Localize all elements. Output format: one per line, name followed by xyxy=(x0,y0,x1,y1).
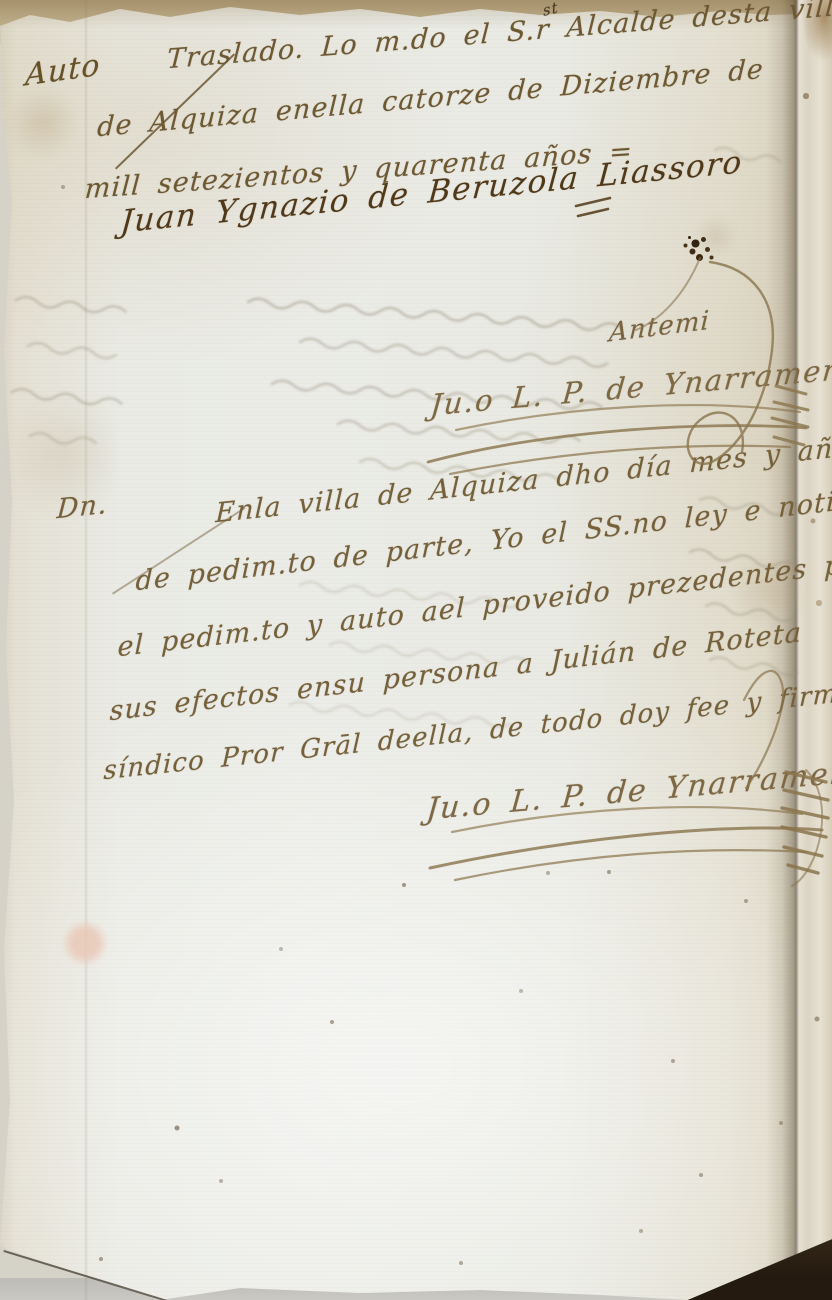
pen-flourishes xyxy=(0,0,832,1300)
scanned-manuscript-page: st Auto Traslado. Lo m.do el S.r Alcalde… xyxy=(0,0,832,1300)
